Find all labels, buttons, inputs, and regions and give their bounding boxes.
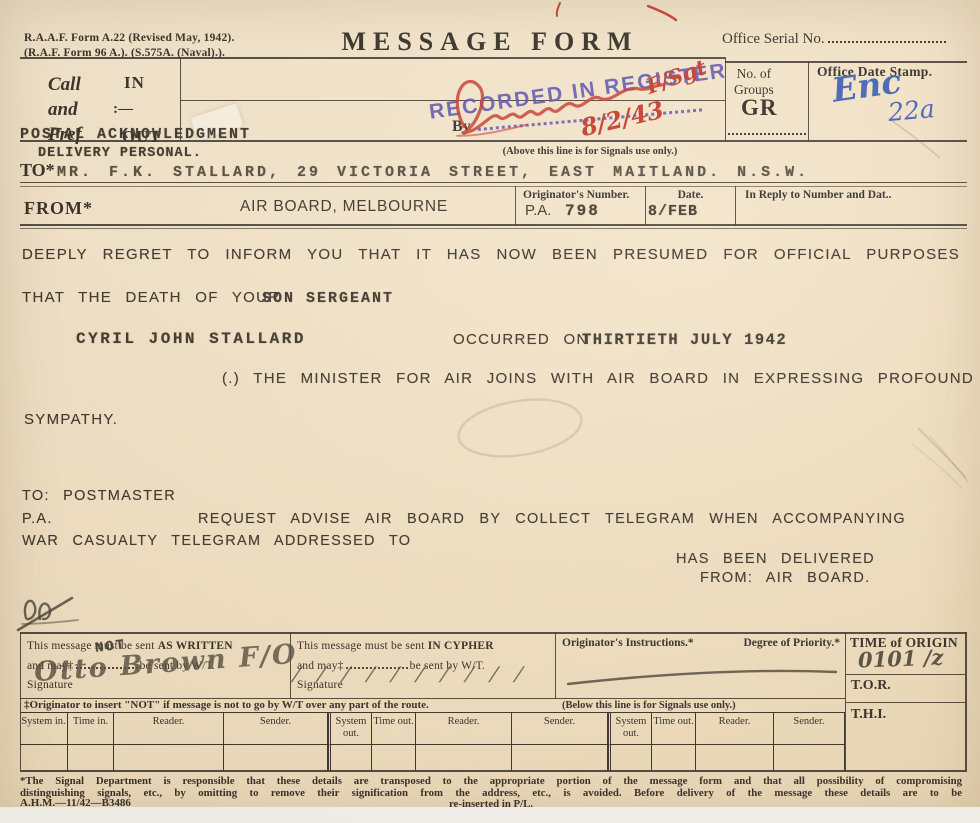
handwritten-slashes: / / / / / / / / / / [289, 662, 532, 689]
thi-label: T.H.I. [851, 707, 886, 723]
and-label: and [48, 99, 78, 121]
rule [20, 186, 967, 187]
rule [845, 632, 846, 770]
reply-column-label: In Reply to Number and Dat.. [745, 189, 891, 201]
rule [645, 186, 646, 226]
postmaster-line3: WAR CASUALTY TELEGRAM ADDRESSED TO [22, 533, 411, 549]
call-dash: :— [113, 101, 133, 118]
groups-box-label: No. of Groups [734, 66, 774, 98]
scratch-mark [912, 444, 962, 488]
groups-value: GR [741, 95, 778, 121]
table-header-system-in: System in. [20, 713, 68, 745]
rule [808, 61, 809, 141]
cypher-text: This message must be sent [297, 640, 425, 652]
from-label: FROM* [24, 198, 93, 219]
by-label: By [452, 118, 471, 136]
table-empty-cell [608, 745, 652, 771]
typed-postal-acknowledgment: POSTAL ACKNOWLEDGMENT [20, 126, 251, 143]
table-header-sender2: Sender. [512, 713, 608, 745]
typed-son-sergeant: SON SERGEANT [262, 290, 394, 307]
originators-number-prefix: P.A. [525, 202, 551, 219]
postmaster-delivered: HAS BEEN DELIVERED [676, 551, 875, 567]
rule [20, 57, 725, 59]
table-empty-cell [774, 745, 845, 771]
handwritten-time-of-origin: 0101 /z [858, 645, 944, 673]
rule [846, 702, 965, 703]
table-header-reader: Reader. [114, 713, 224, 745]
table-header-sender: Sender. [224, 713, 328, 745]
office-serial-blank-line [828, 41, 946, 43]
originators-number-label: Originator's Number. [523, 189, 629, 201]
call-in-label: IN [124, 73, 145, 93]
handwritten-rank: F/Sgt [643, 54, 710, 99]
rule [20, 770, 967, 772]
typed-occurred-date: THIRTIETH JULY 1942 [582, 331, 787, 349]
table-empty-cell [20, 745, 68, 771]
date-column-label: Date. [648, 189, 733, 201]
degree-priority-label: Degree of Priority.* [743, 637, 840, 649]
office-serial-label: Office Serial No. [722, 31, 825, 47]
scan-edge-strip [0, 807, 980, 823]
table-empty-cell [68, 745, 114, 771]
message-form-document: R.A.A.F. Form A.22 (Revised May, 1942). … [0, 0, 980, 823]
message-line2: THAT THE DEATH OF YOUR [22, 289, 280, 306]
to-label: TO* [20, 160, 55, 181]
scratch-mark [930, 436, 968, 482]
pencil-scrawl-instructions [568, 671, 836, 684]
table-empty-cell [416, 745, 512, 771]
footer-note-line1: *The Signal Department is responsible th… [20, 775, 962, 787]
groups-dotted-line [728, 133, 806, 135]
originators-instructions-label: Originator's Instructions.* [562, 637, 694, 649]
rule [20, 224, 967, 226]
form-ref-line1: R.A.A.F. Form A.22 (Revised May, 1942). [24, 31, 235, 46]
scratch-mark [918, 428, 966, 478]
table-empty-cell [114, 745, 224, 771]
postmaster-pa: P.A. [22, 511, 53, 527]
above-line-signals-note: (Above this line is for Signals use only… [440, 146, 740, 157]
table-header-reader2: Reader. [416, 713, 512, 745]
table-header-system-out2: System out. [608, 713, 652, 745]
transmission-table: System in. Time in. Reader. Sender. Syst… [20, 712, 845, 770]
table-empty-cell [224, 745, 328, 771]
from-value: AIR BOARD, MELBOURNE [240, 198, 448, 216]
table-header-time-in: Time in. [68, 713, 114, 745]
faint-pencil-circle [455, 392, 586, 465]
rule [965, 632, 967, 770]
table-empty-cell [652, 745, 696, 771]
call-label: Call [48, 74, 81, 96]
table-empty-cell [512, 745, 608, 771]
rule [555, 632, 556, 698]
table-empty-cell [328, 745, 372, 771]
rule [725, 61, 967, 63]
page-title: MESSAGE FORM [330, 27, 650, 57]
originators-number-value: 798 [565, 202, 600, 220]
table-empty-cell [372, 745, 416, 771]
handwritten-22a: 22a [887, 94, 936, 127]
to-value: MR. F.K. STALLARD, 29 VICTORIA STREET, E… [57, 164, 809, 181]
red-pen-stroke [648, 6, 676, 20]
table-header-reader3: Reader. [696, 713, 774, 745]
originator-not-note: ‡Originator to insert "NOT" if message i… [24, 699, 429, 711]
office-serial: Office Serial No. [722, 31, 946, 48]
postmaster-request: REQUEST ADVISE AIR BOARD BY COLLECT TELE… [198, 511, 906, 527]
rule [20, 182, 967, 183]
message-line1: DEEPLY REGRET TO INFORM YOU THAT IT HAS … [22, 246, 960, 263]
date-value: 8/FEB [648, 203, 698, 220]
table-header-time-out2: Time out. [652, 713, 696, 745]
red-pen-tick [557, 3, 560, 16]
postmaster-line1: TO: POSTMASTER [22, 488, 176, 504]
rule [735, 186, 736, 226]
table-header-sender3: Sender. [774, 713, 845, 745]
typed-casualty-name: CYRIL JOHN STALLARD [76, 330, 306, 348]
postmaster-from: FROM: AIR BOARD. [700, 570, 871, 586]
message-line5: SYMPATHY. [24, 411, 118, 428]
tor-label: T.O.R. [851, 678, 891, 694]
message-occurred-on: OCCURRED ON [453, 331, 589, 348]
rule [20, 228, 967, 229]
cypher-em: IN CYPHER [428, 640, 494, 652]
typed-delivery-personal: DELIVERY PERSONAL. [38, 146, 202, 161]
table-header-system-out: System out. [328, 713, 372, 745]
rule [515, 186, 516, 226]
below-line-signals-note: (Below this line is for Signals use only… [562, 700, 736, 711]
pencil-initials [18, 598, 78, 630]
instructions-box-header: Originator's Instructions.* Degree of Pr… [562, 637, 840, 649]
rule [20, 632, 967, 634]
message-line4: (.) THE MINISTER FOR AIR JOINS WITH AIR … [222, 370, 974, 387]
rule [846, 674, 965, 675]
table-empty-cell [696, 745, 774, 771]
table-header-time-out: Time out. [372, 713, 416, 745]
groups-label-line1: No. of [734, 66, 774, 82]
